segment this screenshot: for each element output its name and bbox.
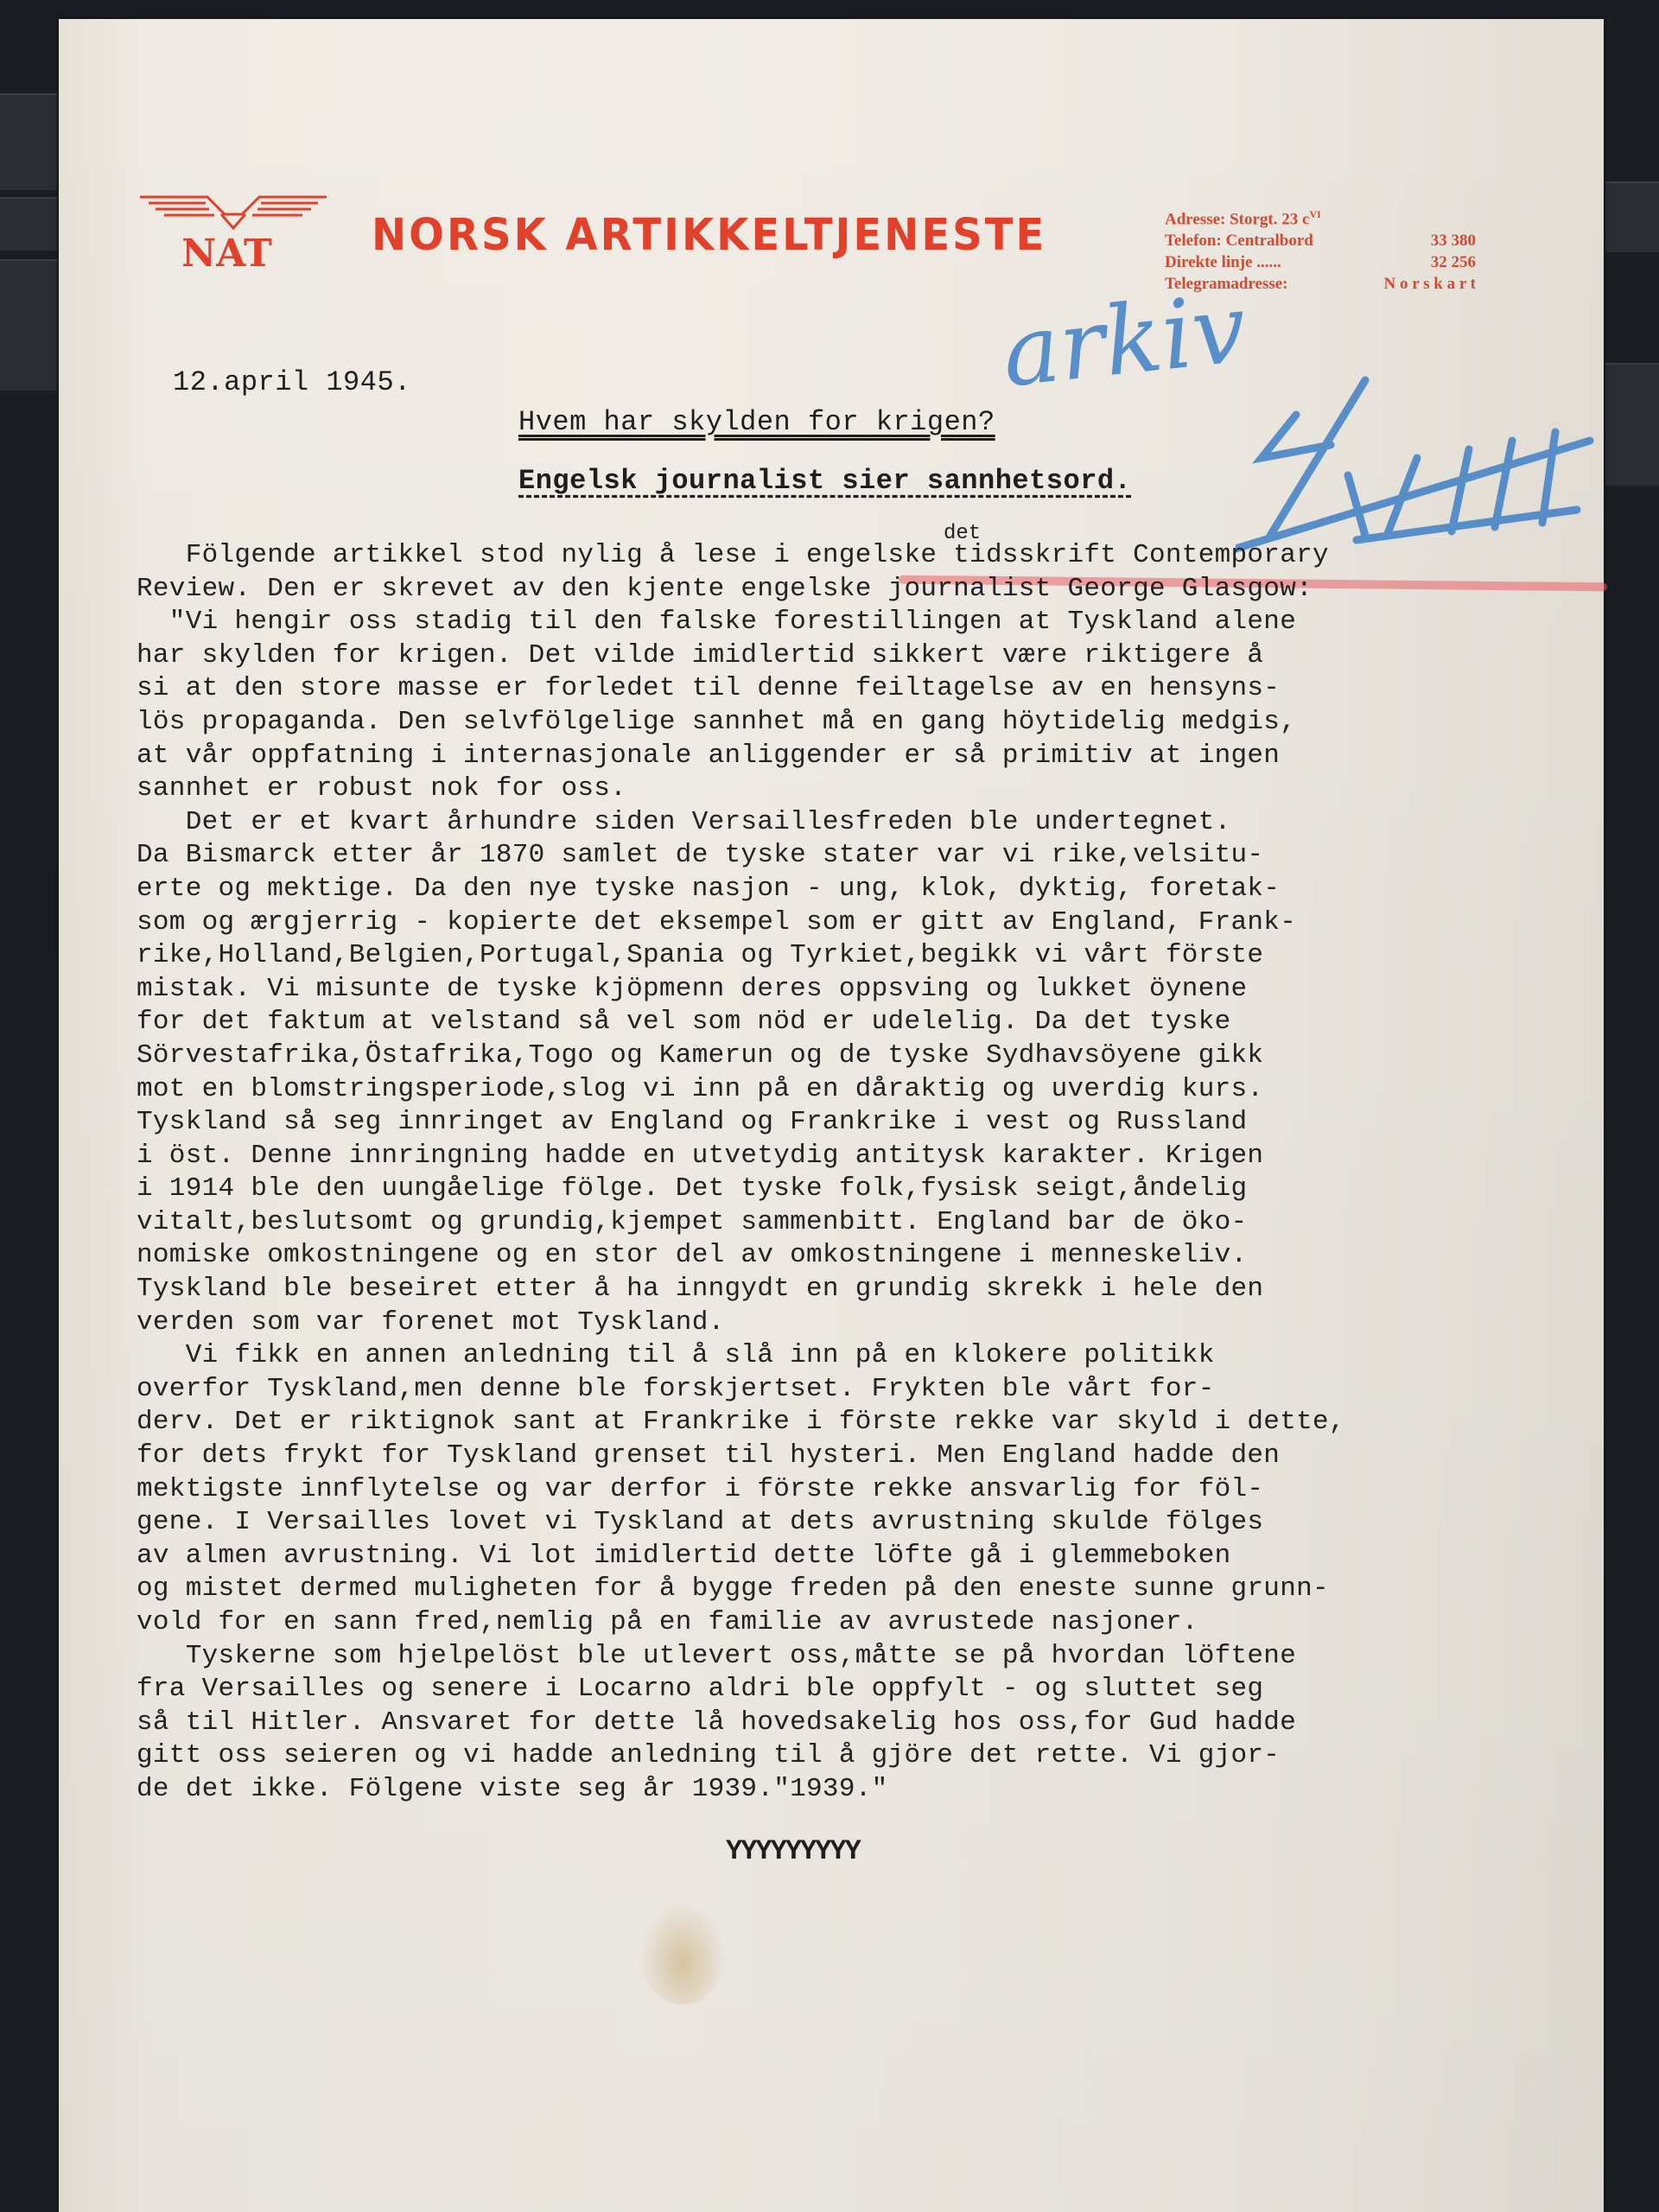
document-title: Hvem har skylden for krigen?	[518, 406, 995, 438]
body-line: Tyskerne som hjelpelöst ble utlevert oss…	[137, 1640, 1623, 1674]
body-line: Sörvestafrika,Östafrika,Togo og Kamerun …	[137, 1039, 1623, 1073]
brand-name: NORSK ARTIKKELTJENESTE	[372, 210, 1046, 261]
body-line: gene. I Versailles lovet vi Tyskland at …	[137, 1506, 1623, 1540]
body-line: erte og mektige. Da den nye tyske nasjon…	[137, 873, 1623, 906]
body-line: av almen avrustning. Vi lot imidlertid d…	[137, 1540, 1623, 1573]
body-line: Det er et kvart århundre siden Versaille…	[137, 806, 1623, 840]
keyboard-key-row	[0, 197, 57, 251]
end-mark: YYYYYYYYY	[726, 1835, 860, 1867]
body-line: i 1914 ble den uungåelige fölge. Det tys…	[137, 1173, 1623, 1206]
keyboard-key-row	[1605, 181, 1659, 252]
body-line: verden som var forenet mot Tyskland.	[137, 1306, 1623, 1340]
document-date: 12.april 1945.	[173, 366, 411, 398]
document-subtitle: Engelsk journalist sier sannhetsord.	[518, 465, 1131, 497]
body-line: mektigste innflytelse og var derfor i fö…	[137, 1473, 1623, 1507]
body-line: Fölgende artikkel stod nylig å lese i en…	[137, 539, 1623, 573]
handwritten-mark-icon	[1236, 363, 1599, 553]
body-line: vitalt,beslutsomt og grundig,kjempet sam…	[137, 1206, 1623, 1240]
body-line: fra Versailles og senere i Locarno aldri…	[137, 1673, 1623, 1707]
body-line: Review. Den er skrevet av den kjente eng…	[137, 573, 1623, 607]
keyboard-key-row	[0, 93, 57, 190]
body-line: overfor Tyskland,men denne ble forskjert…	[137, 1373, 1623, 1407]
body-line: rike,Holland,Belgien,Portugal,Spania og …	[137, 939, 1623, 973]
body-line: Tyskland så seg innringet av England og …	[137, 1106, 1623, 1140]
body-line: at vår oppfatning i internasjonale anlig…	[137, 740, 1623, 773]
body-line: Tyskland ble beseiret etter å ha inngydt…	[137, 1273, 1623, 1306]
body-line: de det ikke. Fölgene viste seg år 1939."…	[137, 1773, 1623, 1807]
keyboard-key-row	[0, 259, 57, 391]
body-line: gitt oss seieren og vi hadde anledning t…	[137, 1739, 1623, 1773]
body-line: "Vi hengir oss stadig til den falske for…	[137, 606, 1623, 639]
keyboard-key-row	[1605, 363, 1659, 486]
body-line: vold for en sann fred,nemlig på en famil…	[137, 1606, 1623, 1640]
contact-address: Adresse: Storgt. 23 cVI	[1165, 204, 1476, 230]
eagle-logo-icon: NAT	[138, 192, 328, 270]
paper-stain	[639, 1901, 726, 2005]
body-line: Vi fikk en annen anledning til å slå inn…	[137, 1339, 1623, 1373]
body-line: Da Bismarck etter år 1870 samlet de tysk…	[137, 839, 1623, 873]
body-line: så til Hitler. Ansvaret for dette lå hov…	[137, 1707, 1623, 1740]
body-line: nomiske omkostningene og en stor del av …	[137, 1239, 1623, 1273]
contact-direct-line: Direkte linje ......32 256	[1165, 251, 1476, 273]
body-line: sannhet er robust nok for oss.	[137, 772, 1623, 806]
body-line: som og ærgjerrig - kopierte det eksempel…	[137, 906, 1623, 940]
body-line: og mistet dermed muligheten for å bygge …	[137, 1573, 1623, 1606]
body-line: lös propaganda. Den selvfölgelige sannhe…	[137, 706, 1623, 740]
body-line: har skylden for krigen. Det vilde imidle…	[137, 639, 1623, 673]
body-line: i öst. Denne innringning hadde en utvety…	[137, 1140, 1623, 1173]
svg-text:NAT: NAT	[181, 232, 272, 270]
body-line: derv. Det er riktignok sant at Frankrike…	[137, 1406, 1623, 1440]
article-body: Fölgende artikkel stod nylig å lese i en…	[137, 539, 1623, 1807]
body-line: mot en blomstringsperiode,slog vi inn på…	[137, 1073, 1623, 1107]
contact-phone: Telefon: Centralbord33 380	[1165, 230, 1476, 251]
body-line: si at den store masse er forledet til de…	[137, 672, 1623, 706]
body-line: for dets frykt for Tyskland grenset til …	[137, 1440, 1623, 1473]
body-line: mistak. Vi misunte de tyske kjöpmenn der…	[137, 973, 1623, 1007]
body-line: for det faktum at velstand så vel som nö…	[137, 1006, 1623, 1039]
